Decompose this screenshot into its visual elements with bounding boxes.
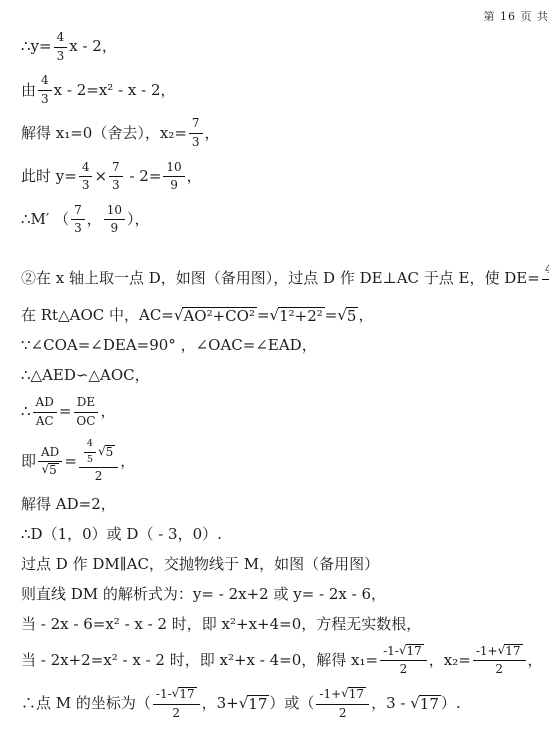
sqrt-expression: √AO²+CO²: [174, 307, 257, 325]
line-solve-roots: 当 - 2x+2=x² - x - 2 时，即 x²+x - 4=0，解得 x₁…: [21, 644, 547, 678]
text-run: AC: [36, 414, 54, 430]
radicand: 17: [504, 644, 522, 659]
sqrt-expression: √17: [172, 687, 197, 702]
sqrt-expression: √17: [341, 687, 366, 702]
text-run: 5: [87, 454, 93, 466]
fraction-denominator: 2: [397, 661, 411, 678]
text-run: ，: [528, 651, 543, 671]
line-ratio-values: 即AD√5=45√52，: [21, 438, 547, 485]
text-run: 由: [21, 81, 36, 101]
text-run: ）.: [441, 694, 461, 714]
text-run: =: [325, 306, 338, 326]
radicand: 5: [346, 307, 359, 325]
text-run: =: [257, 306, 270, 326]
sqrt-expression: √17: [410, 695, 441, 713]
fraction: 73: [109, 160, 123, 194]
fraction: 4√55: [542, 262, 549, 296]
fraction-numerator: 4: [54, 30, 68, 48]
fraction-denominator: OC: [73, 413, 98, 430]
text-run: - 2=: [125, 167, 162, 187]
fraction: 43: [79, 160, 93, 194]
fraction-numerator: 7: [189, 116, 203, 134]
radicand: 17: [348, 687, 366, 702]
document-body: ∴y=43x - 2，由43x - 2=x² - x - 2，解得 x₁=0（舍…: [21, 30, 547, 721]
text-run: ，: [205, 124, 220, 144]
radicand: 5: [105, 445, 116, 460]
text-run: 4: [82, 160, 90, 176]
text-run: 当 - 2x+2=x² - x - 2 时，即 x²+x - 4=0，解得 x₁…: [21, 651, 378, 671]
text-run: x - 2，: [69, 37, 117, 57]
fraction: -1+√172: [316, 687, 369, 721]
text-run: ，x₂=: [429, 651, 471, 671]
line-part2-setup: ②在 x 轴上取一点 D，如图（备用图），过点 D 作 DE⊥AC 于点 E，使…: [21, 262, 547, 296]
line-from-equation: 由43x - 2=x² - x - 2，: [21, 73, 547, 107]
text-run: 2: [95, 469, 103, 485]
text-run: 当 - 2x - 6=x² - x - 2 时，即 x²+x+4=0，方程无实数…: [21, 615, 421, 635]
text-run: 4: [41, 73, 49, 89]
line-therefore-y-eq: ∴y=43x - 2，: [21, 30, 547, 64]
line-dm-equations: 则直线 DM 的解析式为：y= - 2x+2 或 y= - 2x - 6，: [21, 584, 547, 605]
line-ratio: ∴ADAC=DEOC，: [21, 395, 547, 429]
text-run: 10: [107, 203, 122, 219]
radicand: 17: [178, 687, 196, 702]
fraction-denominator: 3: [38, 91, 52, 108]
text-run: 3: [57, 49, 65, 65]
sqrt-expression: √5: [42, 463, 59, 478]
text-run: 3: [74, 221, 82, 237]
fraction-numerator: -1-√17: [380, 644, 427, 662]
text-run: ），: [127, 210, 150, 230]
fraction-denominator: 2: [492, 661, 506, 678]
fraction: -1-√172: [380, 644, 427, 678]
fraction-denominator: 3: [79, 177, 93, 194]
radicand: 17: [419, 695, 441, 713]
fraction: -1+√172: [473, 644, 526, 678]
text-run: 2: [172, 706, 180, 722]
fraction-denominator: √5: [39, 462, 62, 478]
line-blank: [21, 246, 547, 253]
radicand: 5: [48, 463, 59, 478]
fraction-numerator: 4: [79, 160, 93, 178]
text-run: 则直线 DM 的解析式为：y= - 2x+2 或 y= - 2x - 6，: [21, 585, 386, 605]
fraction-numerator: 10: [104, 203, 125, 221]
text-run: =: [59, 402, 72, 422]
text-run: 9: [170, 178, 178, 194]
fraction: 73: [189, 116, 203, 150]
fraction-denominator: AC: [33, 413, 57, 430]
sqrt-expression: √1²+2²: [270, 307, 325, 325]
fraction-denominator: 9: [108, 220, 122, 237]
sqrt-expression: √5: [98, 445, 115, 460]
page-number-header: 第 16 页 共: [484, 8, 549, 24]
text-run: 2: [339, 706, 347, 722]
text-run: 3: [192, 135, 200, 151]
fraction-denominator: 3: [71, 220, 85, 237]
text-run: 在 Rt△AOC 中，AC=: [21, 306, 174, 326]
fraction-denominator: 2: [336, 705, 350, 722]
text-run: 4: [57, 30, 65, 46]
text-run: ∴M′ （: [21, 210, 69, 230]
text-run: 解得 AD=2，: [21, 495, 116, 515]
line-no-real-roots: 当 - 2x - 6=x² - x - 2 时，即 x²+x+4=0，方程无实数…: [21, 614, 547, 635]
text-run: ）或（: [269, 694, 314, 714]
radicand: AO²+CO²: [182, 307, 257, 325]
text-run: 2: [495, 662, 503, 678]
text-run: 即: [21, 452, 36, 472]
fraction-denominator: 2: [169, 705, 183, 722]
line-point-m-answer: ∴点 M 的坐标为（-1-√172，3+√17）或（-1+√172，3 - √1…: [21, 687, 547, 721]
text-run: 3: [41, 92, 49, 108]
sqrt-expression: √5: [337, 307, 358, 325]
text-run: ∴D（1，0）或 D（ - 3，0）.: [21, 525, 222, 545]
fraction: 45√52: [79, 438, 118, 485]
fraction: 45: [84, 438, 96, 466]
fraction-numerator: -1+√17: [473, 644, 526, 662]
fraction-numerator: 7: [109, 160, 123, 178]
fraction: 109: [163, 160, 184, 194]
text-run: ，: [87, 210, 102, 230]
fraction-numerator: 4: [38, 73, 52, 91]
fraction-numerator: -1+√17: [316, 687, 369, 705]
text-run: ，: [358, 306, 373, 326]
text-run: OC: [76, 414, 95, 430]
fraction: 73: [71, 203, 85, 237]
document-page: 第 16 页 共 ∴y=43x - 2，由43x - 2=x² - x - 2，…: [0, 0, 549, 745]
text-run: 7: [112, 160, 120, 176]
text-run: -1-: [383, 644, 399, 660]
line-point-d: ∴D（1，0）或 D（ - 3，0）.: [21, 524, 547, 545]
text-run: x - 2=x² - x - 2，: [54, 81, 176, 101]
text-run: 4: [87, 438, 93, 450]
text-run: ，: [120, 452, 135, 472]
text-run: 10: [166, 160, 181, 176]
fraction-numerator: AD: [33, 395, 57, 413]
text-run: ②在 x 轴上取一点 D，如图（备用图），过点 D 作 DE⊥AC 于点 E，使…: [21, 269, 540, 289]
radicand: 1²+2²: [278, 307, 325, 325]
fraction-numerator: DE: [74, 395, 98, 413]
text-run: -1-: [156, 687, 172, 703]
text-run: 7: [74, 203, 82, 219]
text-run: =: [64, 452, 77, 472]
fraction-numerator: 4√5: [542, 262, 549, 280]
fraction-denominator: 9: [167, 177, 181, 194]
text-run: 9: [111, 221, 119, 237]
radicand: 17: [247, 695, 269, 713]
fraction: 43: [54, 30, 68, 64]
text-run: AD: [41, 445, 59, 461]
text-run: ∴: [21, 402, 31, 422]
fraction-numerator: AD: [38, 445, 62, 463]
fraction-numerator: 4: [84, 438, 96, 452]
line-similar-triangles: ∴△AED∽△AOC，: [21, 365, 547, 386]
sqrt-expression: √17: [239, 695, 270, 713]
text-run: 此时 y=: [21, 167, 77, 187]
text-run: ，: [100, 402, 115, 422]
line-solve-ad: 解得 AD=2，: [21, 494, 547, 515]
fraction-numerator: 45√5: [79, 438, 118, 468]
line-solve-x1-x2: 解得 x₁=0（舍去），x₂=73，: [21, 116, 547, 150]
text-run: 3: [82, 178, 90, 194]
fraction-numerator: 7: [71, 203, 85, 221]
fraction-denominator: 2: [92, 468, 106, 485]
text-run: ∴y=: [21, 37, 52, 57]
text-run: -1+: [476, 644, 498, 660]
fraction-numerator: 10: [163, 160, 184, 178]
fraction-denominator: 3: [189, 134, 203, 151]
text-run: ，: [187, 167, 202, 187]
fraction: ADAC: [33, 395, 57, 429]
text-run: ，3 -: [371, 694, 410, 714]
fraction-denominator: 3: [109, 177, 123, 194]
fraction-denominator: 5: [84, 453, 96, 466]
fraction-denominator: 3: [54, 48, 68, 65]
text-run: 解得 x₁=0（舍去），x₂=: [21, 124, 187, 144]
line-m-prime-point: ∴M′ （73，109），: [21, 203, 547, 237]
line-dm-parallel: 过点 D 作 DM∥AC，交抛物线于 M，如图（备用图）: [21, 554, 547, 575]
line-then-y-value: 此时 y=43×73 - 2=109，: [21, 160, 547, 194]
fraction: AD√5: [38, 445, 62, 478]
text-run: 4: [545, 262, 549, 278]
line-rt-triangle-ac: 在 Rt△AOC 中，AC=√AO²+CO²=√1²+2²=√5，: [21, 305, 547, 326]
fraction: 109: [104, 203, 125, 237]
text-run: AD: [36, 395, 54, 411]
fraction: DEOC: [73, 395, 98, 429]
fraction: -1-√172: [153, 687, 200, 721]
fraction-numerator: -1-√17: [153, 687, 200, 705]
text-run: ∵∠COA=∠DEA=90° ，∠OAC=∠EAD，: [21, 336, 317, 356]
fraction: 43: [38, 73, 52, 107]
text-run: ∴△AED∽△AOC，: [21, 366, 150, 386]
text-run: 2: [400, 662, 408, 678]
line-because-angles: ∵∠COA=∠DEA=90° ，∠OAC=∠EAD，: [21, 335, 547, 356]
text-run: 3: [112, 178, 120, 194]
text-run: ，3+: [202, 694, 239, 714]
sqrt-expression: √17: [399, 644, 424, 659]
text-run: 过点 D 作 DM∥AC，交抛物线于 M，如图（备用图）: [21, 555, 379, 575]
text-run: DE: [77, 395, 95, 411]
text-run: ×: [94, 167, 107, 187]
radicand: 17: [406, 644, 424, 659]
text-run: ∴点 M 的坐标为（: [21, 694, 151, 714]
text-run: 7: [192, 116, 200, 132]
text-run: -1+: [319, 687, 341, 703]
sqrt-expression: √17: [498, 644, 523, 659]
